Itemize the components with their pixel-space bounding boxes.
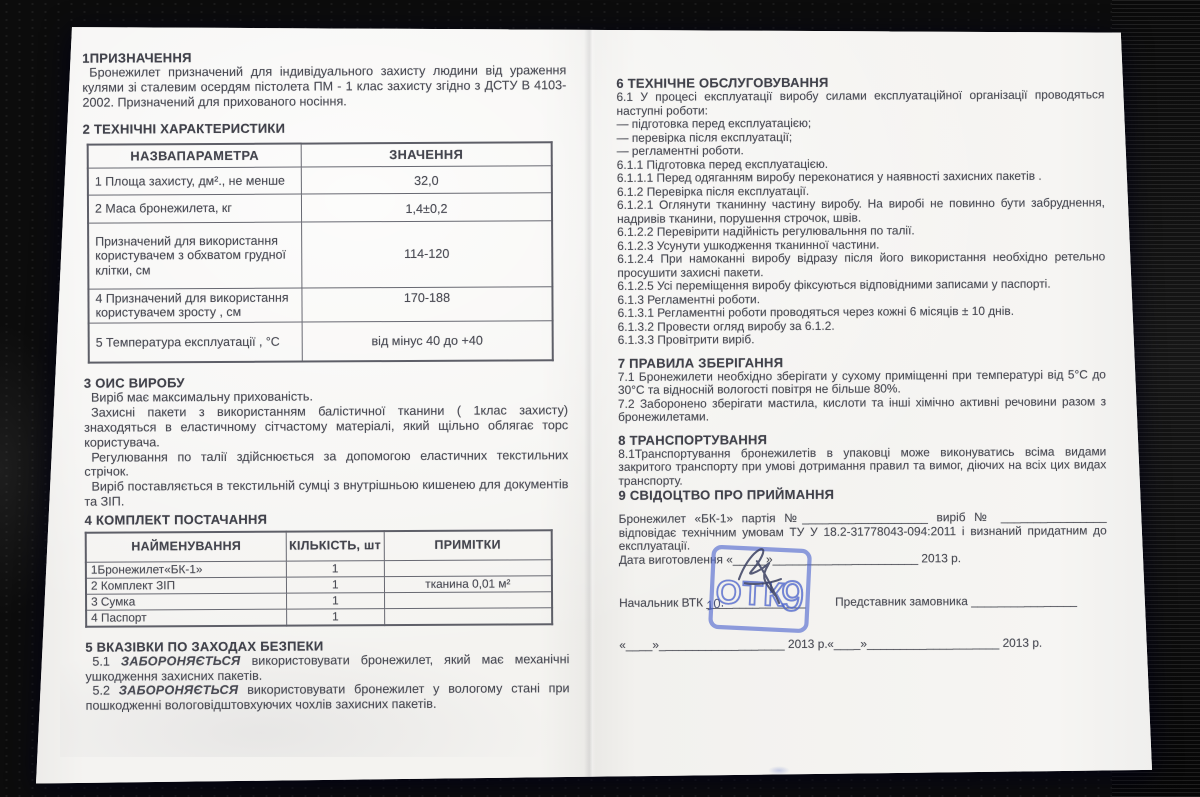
kit-name: 1Бронежилет«БК-1» (86, 561, 286, 578)
kit-table: НАЙМЕНУВАННЯ КІЛЬКІСТЬ, шт ПРИМІТКИ 1Бро… (85, 529, 553, 627)
clause-8-1: 8.1Транспортування бронежилетів в упаков… (618, 445, 1106, 488)
specs-header-value: ЗНАЧЕННЯ (301, 143, 552, 167)
kit-note (384, 560, 552, 577)
kit-note: тканина 0,01 м² (384, 576, 552, 593)
section-1-body: Бронежилет призначений для індивідуально… (82, 63, 566, 110)
clause-number: 5.2 (92, 684, 118, 698)
date-right-year: 2013 р. (999, 636, 1042, 650)
kit-qty: 1 (286, 560, 384, 577)
section-5-p2: 5.2 ЗАБОРОНЯЄТЬСЯ використовувати бронеж… (85, 682, 569, 714)
date-right-group: «____»____________________ 2013 р. (827, 637, 1042, 652)
spec-param: 2 Маса бронежилета, кг (88, 194, 302, 223)
section-5-p1: 5.1 ЗАБОРОНЯЄТЬСЯ використовувати бронеж… (85, 652, 569, 684)
clause-6-1-2-1: 6.1.2.1 Оглянути тканинну частину виробу… (617, 196, 1105, 226)
spec-value: від мінус 40 до +40 (302, 321, 553, 362)
kit-header-row: НАЙМЕНУВАННЯ КІЛЬКІСТЬ, шт ПРИМІТКИ (86, 530, 552, 562)
left-column: 1ПРИЗНАЧЕННЯ Бронежилет призначений для … (82, 48, 569, 713)
forbidden-emphasis: ЗАБОРОНЯЄТЬСЯ (119, 683, 239, 698)
clause-6-1: 6.1 У процесі експлуатації виробу силами… (616, 88, 1104, 118)
kit-header-notes: ПРИМІТКИ (384, 530, 552, 560)
section-3-p2: Захисні пакети з використанням балістичн… (84, 403, 568, 450)
specs-header-param: НАЗВАПАРАМЕТРА (88, 144, 302, 168)
otk-chief-label: Начальник ВТК (619, 595, 706, 609)
spec-value: 114-120 (302, 221, 553, 288)
date-right-quotes: «____» (827, 637, 867, 651)
customer-representative-group: Представник замовника ________________ (835, 595, 1077, 610)
date-row: «____»___________________ 2013 р. «____»… (619, 636, 1107, 655)
customer-representative-label: Представник замовника (835, 594, 971, 609)
photo-scene: 1ПРИЗНАЧЕННЯ Бронежилет призначений для … (0, 0, 1200, 797)
section-4-title: 4 КОМПЛЕКТ ПОСТАЧАННЯ (85, 510, 569, 528)
kit-qty: 1 (286, 608, 384, 625)
document-page: 1ПРИЗНАЧЕННЯ Бронежилет призначений для … (0, 0, 1200, 797)
paper-shadow-wrap: 1ПРИЗНАЧЕННЯ Бронежилет призначений для … (0, 0, 1200, 797)
specs-header-row: НАЗВАПАРАМЕТРА ЗНАЧЕННЯ (88, 143, 552, 168)
section-2-title: 2 ТЕХНІЧНІ ХАРАКТЕРИСТИКИ (83, 120, 567, 138)
section-3-p4: Виріб поставляється в текстильній сумці … (84, 477, 568, 509)
kit-note (384, 592, 552, 609)
spec-value: 1,4±0,2 (301, 193, 552, 222)
forbidden-emphasis: ЗАБОРОНЯЄТЬСЯ (121, 654, 241, 669)
table-row: 1 Площа захисту, дм²., не менше 32,0 (88, 166, 552, 195)
table-row: 2 Маса бронежилета, кг 1,4±0,2 (88, 193, 552, 223)
kit-name: 4 Паспорт (86, 609, 286, 627)
table-row: Призначений для використання користуваче… (88, 221, 552, 289)
clause-6-1-2-4: 6.1.2.4 При намоканні виробу відразу піс… (617, 250, 1105, 280)
spec-param: 1 Площа захисту, дм²., не менше (88, 167, 302, 195)
section-3-p3: Регулювання по талії здійснюється за доп… (84, 448, 568, 480)
date-left-year: 2013 р. (785, 637, 828, 651)
spec-value: 32,0 (301, 166, 552, 194)
acceptance-text: Бронежилет «БК-1» партія №______________… (619, 510, 1107, 553)
manufacture-date-line: Дата виготовлення «_____»_______________… (619, 551, 1107, 567)
clause-7-2: 7.2 Заборонено зберігати мастила, кислот… (618, 395, 1106, 425)
spec-param: Призначений для використання користуваче… (88, 222, 302, 289)
spec-param: 4 Призначений для використання користува… (88, 288, 302, 323)
signature-row: Начальник ВТК _______________ Представни… (619, 594, 1107, 613)
page-content: 1ПРИЗНАЧЕННЯ Бронежилет призначений для … (0, 0, 1200, 797)
specs-table: НАЗВАПАРАМЕТРА ЗНАЧЕННЯ 1 Площа захисту,… (87, 142, 554, 364)
table-row: 4 Паспорт 1 (86, 608, 552, 627)
clause-6-1-1-1: 6.1.1.1 Перед одяганням виробу переконат… (617, 169, 1105, 185)
table-row: 4 Призначений для використання користува… (88, 287, 552, 323)
right-column: 6 ТЕХНІЧНЕ ОБСЛУГОВУВАННЯ 6.1 У процесі … (616, 73, 1107, 655)
date-left-quotes: «____» (619, 638, 659, 652)
customer-representative-line: ________________ (971, 594, 1077, 609)
clause-number: 5.1 (92, 654, 121, 668)
kit-note (384, 608, 552, 625)
spec-value: 170-188 (302, 287, 553, 322)
table-row: 5 Температура експлуатації , °С від міну… (89, 321, 553, 363)
kit-header-qty: КІЛЬКІСТЬ, шт (286, 531, 384, 561)
kit-qty: 1 (286, 576, 384, 593)
kit-header-name: НАЙМЕНУВАННЯ (86, 531, 287, 562)
date-right-line: ____________________ (867, 636, 999, 651)
kit-name: 3 Сумка (86, 593, 286, 610)
clause-6-1-2-5: 6.1.2.5 Усі переміщення виробу фіксуютьс… (617, 277, 1105, 293)
kit-qty: 1 (286, 592, 384, 609)
spec-param: 5 Температура експлуатації , °С (89, 322, 303, 363)
kit-name: 2 Комплект ЗІП (86, 577, 286, 594)
clause-7-1: 7.1 Бронежилети необхідно зберігати у су… (618, 368, 1106, 398)
date-left-line: ___________________ (659, 637, 785, 652)
